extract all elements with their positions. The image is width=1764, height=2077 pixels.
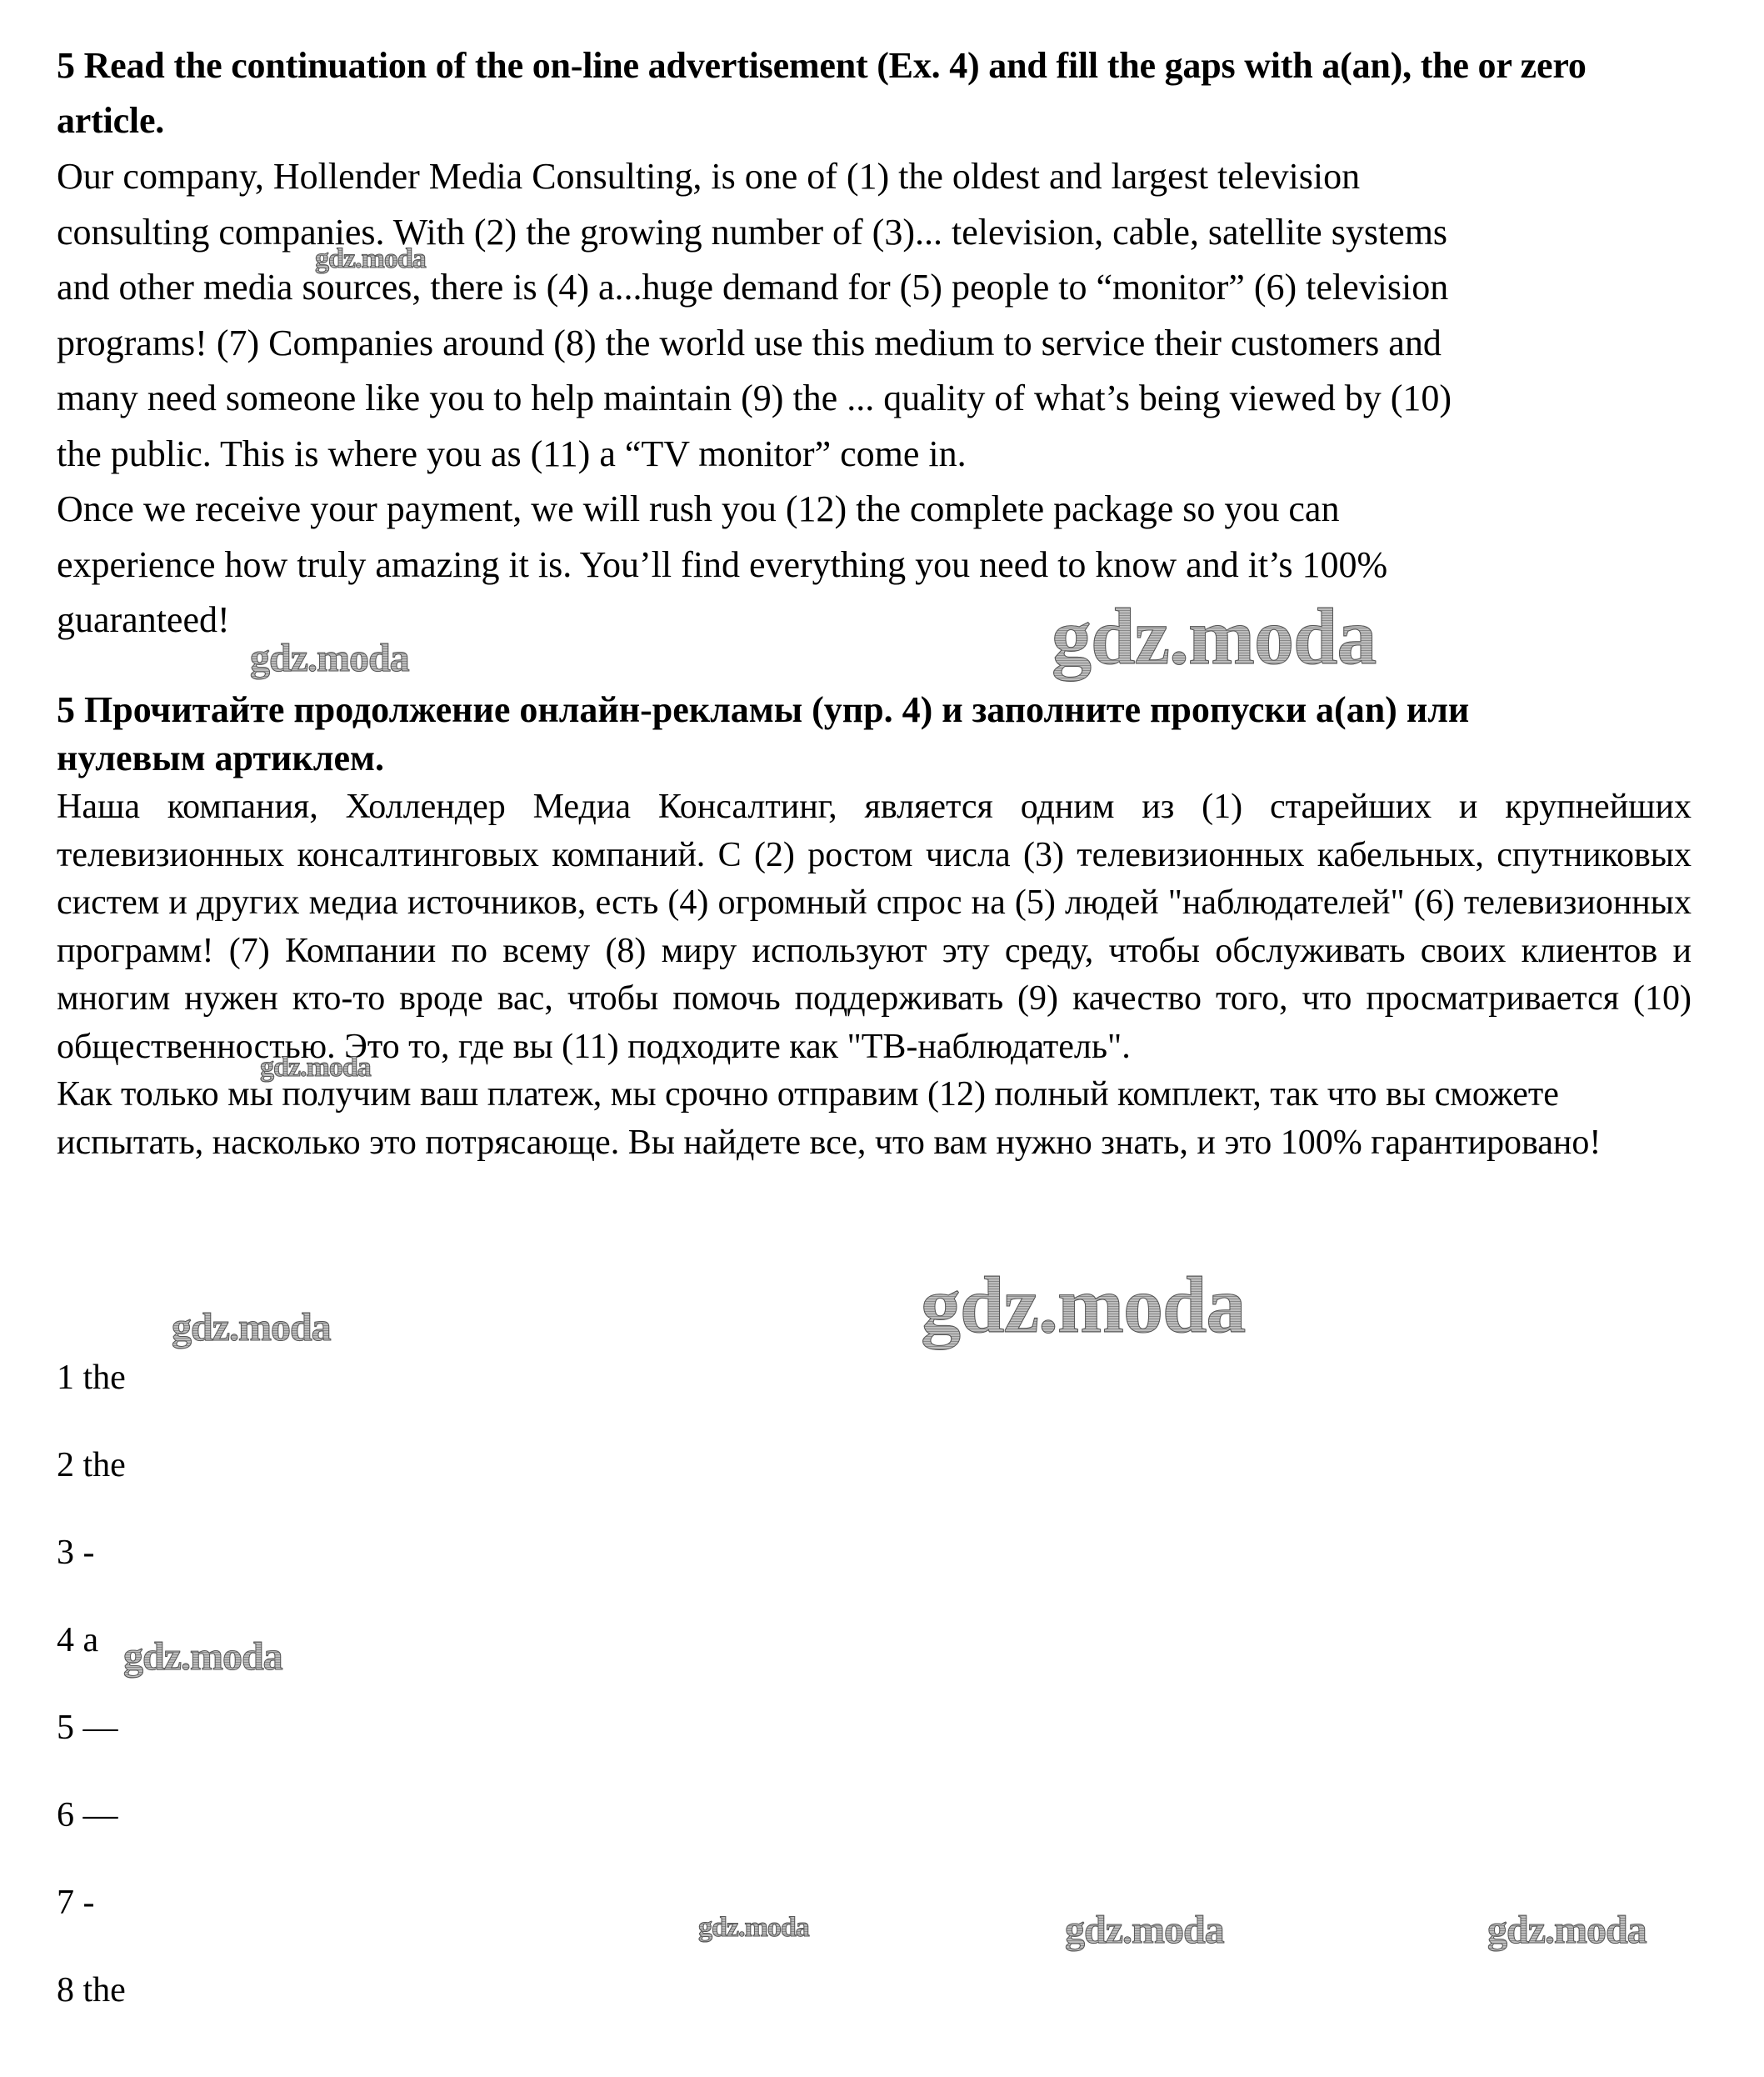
- answer-item: 3 -: [57, 1532, 95, 1574]
- paragraph-line: consulting companies. With (2) the growi…: [57, 205, 1692, 261]
- watermark-logo: gdz.moda: [250, 635, 409, 681]
- watermark-logo: gdz.moda: [260, 1052, 371, 1084]
- paragraph-line: Once we receive your payment, we will ru…: [57, 482, 1692, 538]
- watermark-logo: gdz.moda: [1065, 1907, 1224, 1953]
- watermark-logo: gdz.moda: [698, 1912, 809, 1944]
- english-paragraph-1: Our company, Hollender Media Consulting,…: [57, 149, 1692, 648]
- paragraph-line: many need someone like you to help maint…: [57, 371, 1692, 427]
- watermark-logo: gdz.moda: [172, 1304, 331, 1350]
- paragraph-line: and other media sources, there is (4) a.…: [57, 260, 1692, 316]
- english-section: 5 Read the continuation of the on-line a…: [57, 38, 1692, 148]
- exercise-heading-ru: 5 Прочитайте продолжение онлайн-рекламы …: [57, 686, 1692, 734]
- answer-item: 5 —: [57, 1707, 118, 1749]
- paragraph-line: Our company, Hollender Media Consulting,…: [57, 149, 1692, 205]
- answer-item: 6 —: [57, 1794, 118, 1836]
- paragraph-line: experience how truly amazing it is. You’…: [57, 538, 1692, 593]
- answer-item: 2 the: [57, 1444, 126, 1486]
- answer-item: 7 -: [57, 1882, 95, 1924]
- paragraph-line: the public. This is where you as (11) a …: [57, 427, 1692, 483]
- exercise-heading-en: 5 Read the continuation of the on-line a…: [57, 38, 1692, 148]
- russian-paragraph-2: Как только мы получим ваш платеж, мы сро…: [57, 1071, 1692, 1167]
- answer-item: 4 a: [57, 1619, 98, 1661]
- watermark-logo: gdz.moda: [1052, 590, 1376, 683]
- watermark-logo: gdz.moda: [123, 1634, 282, 1679]
- watermark-logo: gdz.moda: [315, 243, 426, 275]
- answer-item: 8 the: [57, 1969, 126, 2011]
- answer-item: 1 the: [57, 1357, 126, 1399]
- russian-section: 5 Прочитайте продолжение онлайн-рекламы …: [57, 686, 1692, 783]
- exercise-heading-ru: нулевым артиклем.: [57, 734, 1692, 783]
- watermark-logo: gdz.moda: [921, 1259, 1245, 1351]
- paragraph-line: programs! (7) Companies around (8) the w…: [57, 316, 1692, 372]
- russian-paragraph-1: Наша компания, Холлендер Медиа Консалтин…: [57, 783, 1692, 1071]
- russian-paragraphs: Наша компания, Холлендер Медиа Консалтин…: [57, 783, 1692, 1167]
- watermark-logo: gdz.moda: [1487, 1907, 1647, 1953]
